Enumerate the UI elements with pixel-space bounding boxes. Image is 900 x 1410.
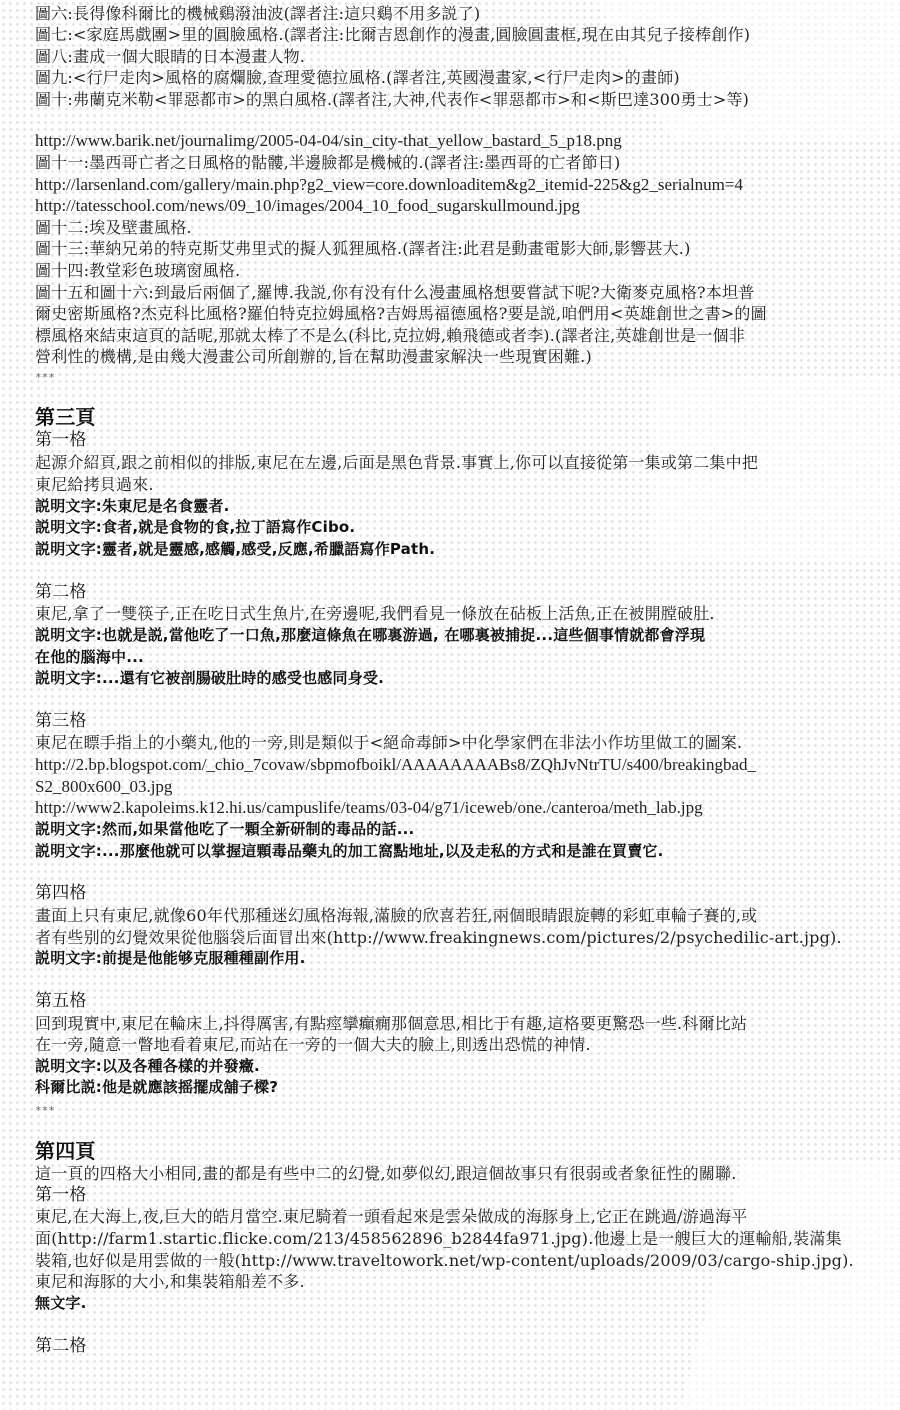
section-separator: *** [35,367,880,388]
caption-text-line: 在他的腦海中... [35,647,880,668]
caption-text-line: 説明文字:...還有它被剖腸破肚時的感受也感同身受. [35,668,880,689]
body-text-line: 東尼和海豚的大小,和集裝箱船差不多. [35,1271,880,1292]
caption-text-line: 説明文字:食者,就是食物的食,拉丁語寫作Cibo. [35,517,880,538]
body-text-line: 者有些别的幻覺效果從他腦袋后面冒出來(http://www.freakingne… [35,927,880,948]
caption-text-line: 無文字. [35,1293,880,1314]
panel-heading: 第三格 [35,711,880,732]
panel-heading: 第一格 [35,1185,880,1206]
caption-text-line: 科爾比説:他是就應該摇擺成舖子樑? [35,1077,880,1098]
reference-url-line: http://www2.kapoleims.k12.hi.us/campusli… [35,797,880,818]
body-text-line: 營利性的機構,是由幾大漫畫公司所創辦的,旨在幫助漫畫家解決一些現實困難.) [35,346,880,367]
body-text-line: 東尼,在大海上,夜,巨大的皓月當空.東尼騎着一頭看起來是雲朵做成的海豚身上,它正… [35,1206,880,1227]
body-text-line: 圖八:畫成一個大眼睛的日本漫畫人物. [35,46,880,67]
body-text-line: 圖十:弗蘭克米勒<罪惡都市>的黑白風格.(譯者注,大神,代表作<罪惡都市>和<斯… [35,89,880,110]
body-text-line: 爾史密斯風格?杰克科比風格?羅伯特克拉姆風格?吉姆馬福德風格?要是説,咱們用<英… [35,303,880,324]
script-document-page: 圖六:長得像科爾比的機械鷄潑油波(譯者注:這只鷄不用多説了)圖七:<家庭馬戲團>… [0,0,900,1410]
body-text-line: 這一頁的四格大小相同,畫的都是有些中二的幻覺,如夢似幻,跟這個故事只有很弱或者象… [35,1163,880,1184]
caption-text-line: 説明文字:也就是説,當他吃了一口魚,那麼這條魚在哪裏游過, 在哪裏被捕捉...這… [35,625,880,646]
caption-text-line: 説明文字:靈者,就是靈感,感觸,感受,反應,希臘語寫作Path. [35,539,880,560]
page-heading: 第三頁 [35,405,880,429]
body-text-line: 圖十二:埃及壁畫風格. [35,217,880,238]
panel-heading: 第四格 [35,883,880,904]
body-text-line: 起源介紹頁,跟之前相似的排版,東尼在左邊,后面是黑色背景.事實上,你可以直接從第… [35,452,880,473]
caption-text-line: 説明文字:...那麼他就可以掌握這顆毒品藥丸的加工窩點地址,以及走私的方式和是誰… [35,841,880,862]
panel-heading: 第五格 [35,991,880,1012]
page-heading: 第四頁 [35,1139,880,1163]
body-text-line: 面(http://farm1.startic.flicke.com/213/45… [35,1228,880,1249]
caption-text-line: 説明文字:以及各種各樣的并發癥. [35,1056,880,1077]
body-text-line: 圖七:<家庭馬戲團>里的圓臉風格.(譯者注:比爾吉恩創作的漫畫,圓臉圓畫框,現在… [35,24,880,45]
body-text-line: 東尼給拷貝過來. [35,474,880,495]
body-text-line: 在一旁,隨意一瞥地看着東尼,而站在一旁的一個大夫的臉上,則透出恐慌的神情. [35,1034,880,1055]
body-text-line: 東尼,拿了一雙筷子,正在吃日式生魚片,在旁邊呢,我們看見一條放在砧板上活魚,正在… [35,603,880,624]
body-text-line: 圖十四:教堂彩色玻璃窗風格. [35,260,880,281]
body-text-line: 圖十三:華納兄弟的特克斯艾弗里式的擬人狐狸風格.(譯者注:此君是動畫電影大師,影… [35,238,880,259]
body-text-line: 東尼在瞟手指上的小藥丸,他的一旁,則是類似于<絕命毒師>中化學家們在非法小作坊里… [35,732,880,753]
body-text-line: 圖九:<行尸走肉>風格的腐爛臉,查理愛德拉風格.(譯者注,英國漫畫家,<行尸走肉… [35,67,880,88]
reference-url-line: http://www.barik.net/journalimg/2005-04-… [35,130,880,151]
body-text-line: 畫面上只有東尼,就像60年代那種迷幻風格海報,滿臉的欣喜若狂,兩個眼睛跟旋轉的彩… [35,905,880,926]
body-text-line: 回到現實中,東尼在輪床上,抖得厲害,有點痙攣癲癇那個意思,相比于有趣,這格要更驚… [35,1013,880,1034]
panel-heading: 第二格 [35,582,880,603]
reference-url-line: http://2.bp.blogspot.com/_chio_7covaw/sb… [35,754,880,775]
reference-url-line: http://tatesschool.com/news/09_10/images… [35,195,880,216]
body-text-line: 圖十五和圖十六:到最后兩個了,羅博.我説,你有没有什么漫畫風格想要嘗試下呢?大衛… [35,282,880,303]
panel-heading: 第二格 [35,1336,880,1357]
body-text-line: 標風格來結束這頁的話呢,那就太棒了不是么(科比,克拉姆,賴飛德或者李).(譯者注… [35,325,880,346]
body-text-line: 圖十一:墨西哥亡者之日風格的骷髏,半邊臉都是機械的.(譯者注:墨西哥的亡者節日) [35,152,880,173]
reference-url-line: S2_800x600_03.jpg [35,776,880,797]
caption-text-line: 説明文字:朱東尼是名食靈者. [35,496,880,517]
body-text-line: 圖六:長得像科爾比的機械鷄潑油波(譯者注:這只鷄不用多説了) [35,3,880,24]
body-text-line: 裝箱,也好似是用雲做的一般(http://www.traveltowork.ne… [35,1250,880,1271]
reference-url-line: http://larsenland.com/gallery/main.php?g… [35,174,880,195]
caption-text-line: 説明文字:然而,如果當他吃了一顆全新研制的毒品的話... [35,819,880,840]
caption-text-line: 説明文字:前提是他能够克服種種副作用. [35,948,880,969]
panel-heading: 第一格 [35,430,880,451]
section-separator: *** [35,1100,880,1121]
